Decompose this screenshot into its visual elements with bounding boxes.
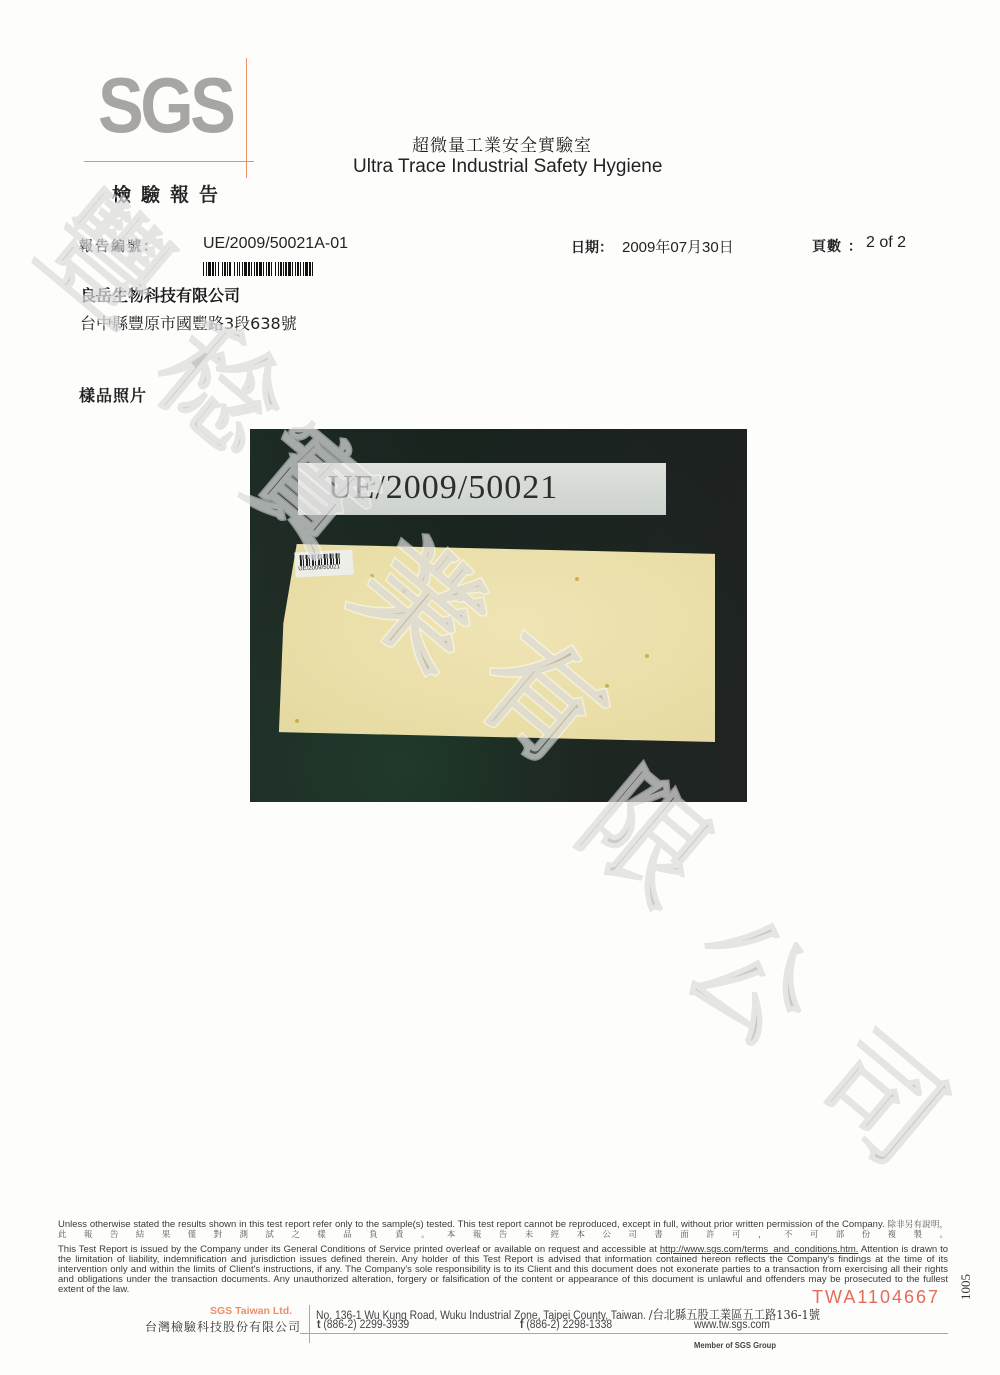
disclaimer-reproduction: Unless otherwise stated the results show… [58,1220,948,1240]
report-no-label: 報告編號： [79,236,159,256]
sgs-logo: SGS [98,72,273,152]
sample-id-tag: UE/2009/50021 [298,463,666,515]
phone-icon: t [317,1319,320,1331]
sample-spot [370,574,374,578]
lab-name-zh: 超微量工業安全實驗室 [412,131,592,156]
report-no: UE/2009/50021A-01 [203,235,348,253]
client-name: 良岳生物科技有限公司 [80,283,240,306]
client-address: 台中縣豐原市國豐路3段638號 [80,311,297,334]
barcode-bar [312,262,313,276]
report-barcode [203,262,419,276]
page-number: 2 of 2 [866,234,906,252]
watermark-character: 公 [665,895,834,1064]
sample-photo: UE/2009/50021 UE/2009/50021 [250,429,747,802]
page-label: 頁數 ： [812,236,863,256]
sample-spot [605,684,609,688]
footer-member-text: Member of SGS Group [694,1340,776,1350]
logo-vertical-rule [246,58,247,178]
footer-website[interactable]: www.tw.sgs.com [694,1319,770,1331]
report-date: 2009年07月30日 [622,236,734,257]
sample-barcode-text: UE/2009/50021 [298,564,340,572]
date-label: 日期： [571,237,613,257]
sample-id-tag-text: UE/2009/50021 [328,469,558,507]
footer-fax: f (886-2) 2298-1338 [520,1319,612,1331]
footer-telephone: t (886-2) 2299-3939 [317,1319,409,1331]
footer-fax-number: (886-2) 2298-1338 [526,1319,612,1331]
sample-spot [402,589,406,593]
lab-name-en: Ultra Trace Industrial Safety Hygiene [353,156,662,178]
report-title: 檢驗報告 [112,180,228,207]
footer-company-en: SGS Taiwan Ltd. [210,1305,292,1317]
sample-spot [295,719,299,723]
footer-vertical-rule [309,1305,310,1343]
sgs-logo-text: SGS [98,66,232,144]
watermark-character: 司 [795,1015,964,1184]
logo-horizontal-rule [84,161,254,162]
footer-horizontal-rule [300,1333,948,1334]
sample-photo-label: 樣品照片 [79,383,147,406]
sample-barcode-sticker: UE/2009/50021 [294,549,353,577]
test-report-page: SGS 檢驗報告 超微量工業安全實驗室 Ultra Trace Industri… [0,0,1000,1375]
fax-icon: f [520,1319,523,1331]
footer-telephone-number: (886-2) 2299-3939 [323,1319,409,1331]
sample-spot [645,654,649,658]
serial-number: TWA1104667 [812,1287,940,1308]
sample-spot [575,577,579,581]
footer-company-zh: 台灣檢驗科技股份有限公司 [145,1318,301,1335]
disclaimer-reproduction-en: Unless otherwise stated the results show… [58,1219,885,1230]
side-code: 1005 [958,1274,974,1300]
